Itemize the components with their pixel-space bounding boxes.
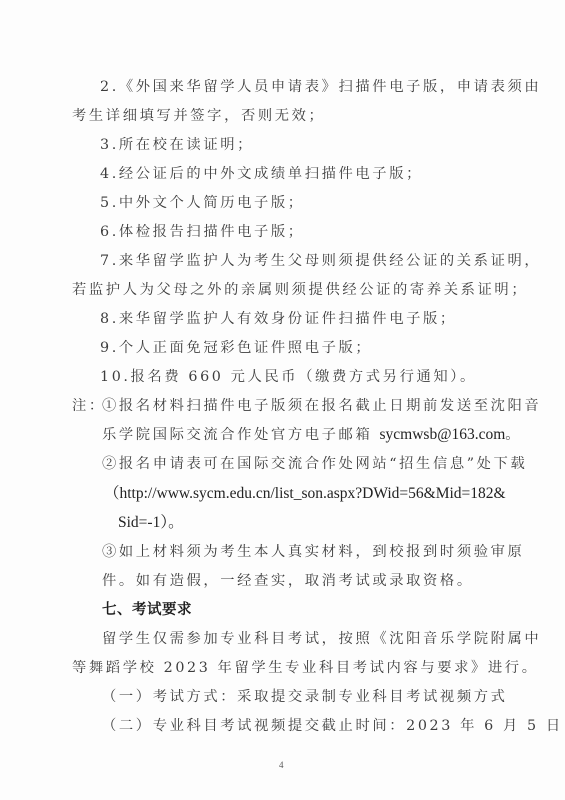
note-1-text: 乐学院国际交流合作处官方电子邮箱 xyxy=(102,427,380,443)
list-item-2: 2.《外国来华留学人员申请表》扫描件电子版，申请表须由 xyxy=(100,78,541,96)
list-item-7: 7.来华留学监护人为考生父母则须提供经公证的关系证明， xyxy=(100,252,541,270)
list-item-5: 5.中外文个人简历电子版； xyxy=(100,194,305,212)
note-1-line-1: ①报名材料扫描件电子版须在报名截止日期前发送至沈阳音 xyxy=(102,397,541,415)
list-item-7-continued: 若监护人为父母之外的亲属则须提供经公证的寄养关系证明； xyxy=(72,281,528,299)
download-url-line-2: Sid=-1）。 xyxy=(118,514,184,532)
download-url-line-1: （http://www.sycm.edu.cn/list_son.aspx?DW… xyxy=(104,485,506,503)
note-2-line-1: ②报名申请表可在国际交流合作处网站“招生信息”处下载 xyxy=(102,455,527,473)
list-item-2-continued: 考生详细填写并签字，否则无效； xyxy=(72,107,325,125)
document-page: 2.《外国来华留学人员申请表》扫描件电子版，申请表须由 考生详细填写并签字，否则… xyxy=(0,0,565,800)
list-item-3: 3.所在校在读证明； xyxy=(100,136,254,154)
section-heading: 七、考试要求 xyxy=(102,601,192,619)
note-3-line-2: 件。如有造假，一经查实，取消考试或录取资格。 xyxy=(102,572,474,590)
note-1-period: 。 xyxy=(505,427,522,443)
list-item-9: 9.个人正面免冠彩色证件照电子版； xyxy=(100,339,372,357)
page-number: 4 xyxy=(279,760,284,770)
section-paragraph-line-2: 等舞蹈学校 2023 年留学生专业科目考试内容与要求》进行。 xyxy=(72,659,539,677)
list-item-6: 6.体检报告扫描件电子版； xyxy=(100,223,305,241)
note-1-line-2: 乐学院国际交流合作处官方电子邮箱 sycmwsb@163.com。 xyxy=(102,426,522,444)
note-3-line-1: ③如上材料须为考生本人真实材料，到校报到时须验审原 xyxy=(102,543,524,561)
email-address: sycmwsb@163.com xyxy=(380,426,506,443)
submission-deadline-item: （二）专业科目考试视频提交截止时间：2023 年 6 月 5 日 xyxy=(102,717,563,735)
list-item-4: 4.经公证后的中外文成绩单扫描件电子版； xyxy=(100,165,423,183)
list-item-8: 8.来华留学监护人有效身份证件扫描件电子版； xyxy=(100,310,457,328)
note-label: 注： xyxy=(72,397,106,415)
section-paragraph-line-1: 留学生仅需参加专业科目考试，按照《沈阳音乐学院附属中 xyxy=(102,630,541,648)
exam-method-item: （一）考试方式：采取提交录制专业科目考试视频方式 xyxy=(102,688,508,706)
list-item-10: 10.报名费 660 元人民币（缴费方式另行通知）。 xyxy=(100,368,477,386)
